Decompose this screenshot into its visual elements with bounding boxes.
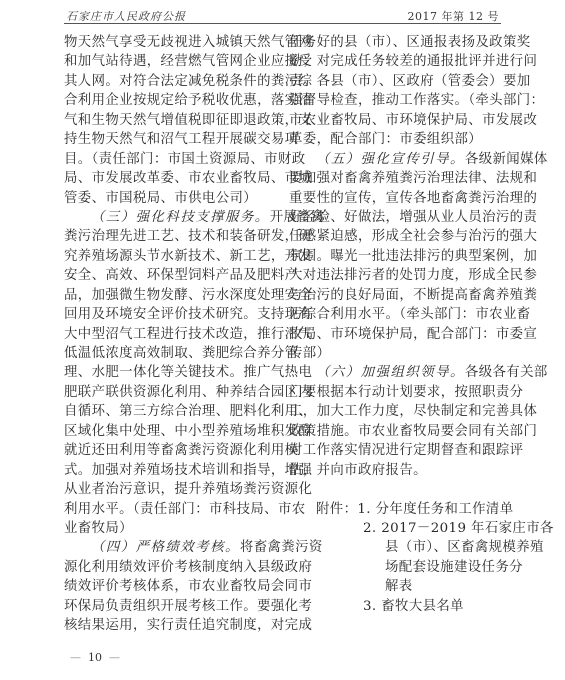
- section-3-heading: （三）强化科技支撑服务。: [91, 210, 270, 225]
- text-line: 环保局负责组织开展考核工作。要强化考: [64, 597, 274, 616]
- text-line: 要加强对畜禽养殖粪污治理法律、法规和: [289, 169, 503, 188]
- left-column: 物天然气享受无歧视进入城镇天然气管网 和加气站待遇，经营燃气管网企业应接受 其人…: [64, 33, 274, 636]
- text-line: 其人网。对符合法定减免税条件的粪污综: [64, 72, 274, 91]
- text-line: 物天然气享受无歧视进入城镇天然气管网: [64, 33, 274, 52]
- page-footer: — 10 —: [70, 651, 120, 664]
- text-line: 自循环、第三方综合治理、肥料化利用、: [64, 402, 274, 421]
- section-4-first-line: （四）严格绩效考核。将畜禽粪污资: [64, 538, 274, 557]
- text-line: 源化利用绩效评价考核制度纳入县级政府: [64, 558, 274, 577]
- page-header: 石家庄市人民政府公报 2017 年第 12 号: [64, 6, 501, 24]
- section-3-first-line: （三）强化科技支撑服务。开展畜禽: [64, 208, 274, 227]
- text-line: 工，加大工作力度，尽快制定和完善具体: [289, 402, 503, 421]
- text-line: 品，加强微生物发酵、污水深度处理安全: [64, 286, 274, 305]
- section-6-first-line: （六）加强组织领导。各级各有关部: [289, 363, 503, 382]
- text-line: 任感紧迫感，形成全社会参与治污的强大: [289, 227, 503, 246]
- attachment-item-2: 2. 2017－2019 年石家庄市各: [289, 519, 503, 538]
- attachments-label: 附件：: [316, 502, 357, 517]
- attachment-item-2-cont: 解表: [289, 577, 503, 596]
- text-line: 传部）: [289, 344, 503, 363]
- text-line: 利用水平。（责任部门：市科技局、市农: [64, 500, 274, 519]
- text-line: 任务好的县（市）、区通报表扬及政策奖: [289, 33, 503, 52]
- issue-number: 2017 年第 12 号: [408, 8, 499, 24]
- right-column: 任务好的县（市）、区通报表扬及政策奖 励；对完成任务较差的通报批评并进行问 责。…: [289, 33, 503, 616]
- attachment-item-1: 附件：1. 分年度任务和工作清单: [289, 500, 503, 519]
- attachment-item-3: 3. 畜牧大县名单: [289, 597, 503, 616]
- publication-title: 石家庄市人民政府公报: [66, 8, 186, 24]
- section-5-heading: （五）强化宣传引导。: [316, 152, 465, 167]
- text-line: 核结果运用，实行责任追究制度，对完成: [64, 616, 274, 635]
- text-line: 重要性的宣传，宣传各地畜禽粪污治理的: [289, 189, 503, 208]
- text-line: 持生物天然气和沼气工程开展碳交易项: [64, 130, 274, 149]
- text-line: 从业者治污意识，提升养殖场粪污资源化: [64, 480, 274, 499]
- text-line: 区域化集中处理、中小型养殖场堆积发酵: [64, 422, 274, 441]
- footer-dash-right: —: [109, 651, 120, 664]
- text-line: 责。各县（市）、区政府（管委会）要加: [289, 72, 503, 91]
- text-line: 和加气站待遇，经营燃气管网企业应接受: [64, 52, 274, 71]
- text-line: 安全、高效、环保型饲料产品及肥料产: [64, 266, 274, 285]
- text-line: 估，并向市政府报告。: [289, 461, 503, 480]
- text-line: 强督导检查，推动工作落实。（牵头部门：: [289, 91, 503, 110]
- section-5-first-line: （五）强化宣传引导。各级新闻媒体: [289, 150, 503, 169]
- text-line: 理、水肥一体化等关键技术。推广气热电: [64, 363, 274, 382]
- text-line: 励；对完成任务较差的通报批评并进行问: [289, 52, 503, 71]
- section-6-heading: （六）加强组织领导。: [316, 365, 465, 380]
- text-line: 与治污的良好局面，不断提高畜禽养殖粪: [289, 286, 503, 305]
- text-line: 回用及环境安全评价技术研究。支持现有: [64, 305, 274, 324]
- text-line: 氛围。曝光一批违法排污的典型案例，加: [289, 247, 503, 266]
- text-line: 牧局、市环境保护局，配合部门：市委宣: [289, 325, 503, 344]
- text-line: 究养殖场源头节水新技术、新工艺，开发: [64, 247, 274, 266]
- text-line: 就近还田利用等畜禽粪污资源化利用模: [64, 441, 274, 460]
- text-line: 污综合利用水平。（牵头部门：市农业畜: [289, 305, 503, 324]
- text-line: 粪污治理先进工艺、技术和装备研发，研: [64, 227, 274, 246]
- text-line: 门要根据本行动计划要求，按照职责分: [289, 383, 503, 402]
- text-line: 好经验、好做法，增强从业人员治污的责: [289, 208, 503, 227]
- spacer: [289, 480, 503, 499]
- attachment-item-2-cont: 场配套设施建设任务分: [289, 558, 503, 577]
- text-line: 合利用企业按规定给予税收优惠，落实沼: [64, 91, 274, 110]
- text-line: 气和生物天然气增值税即征即退政策，支: [64, 111, 274, 130]
- text-line: 低温低浓度高效制取、粪肥综合养分管: [64, 344, 274, 363]
- text-line: 大对违法排污者的处罚力度，形成全民参: [289, 266, 503, 285]
- text-line: 目。（责任部门：市国土资源局、市财政: [64, 150, 274, 169]
- text-line: 绩效评价考核体系，市农业畜牧局会同市: [64, 577, 274, 596]
- attachments-list: 附件：1. 分年度任务和工作清单 2. 2017－2019 年石家庄市各 县（市…: [289, 500, 503, 617]
- text-line: 革委，配合部门：市委组织部）: [289, 130, 503, 149]
- attachment-item-2-cont: 县（市）、区畜禽规模养殖: [289, 538, 503, 557]
- text-line: 政策措施。市农业畜牧局要会同有关部门: [289, 422, 503, 441]
- text-line: 管委、市国税局、市供电公司）: [64, 189, 274, 208]
- text-line: 肥联产联供资源化利用、种养结合园区内: [64, 383, 274, 402]
- text-line: 大中型沼气工程进行技术改造，推行沼气: [64, 325, 274, 344]
- text-line: 局、市发展改革委、市农业畜牧局、市城: [64, 169, 274, 188]
- footer-dash-left: —: [70, 651, 81, 664]
- text-line: 市农业畜牧局、市环境保护局、市发展改: [289, 111, 503, 130]
- text-line: 业畜牧局）: [64, 519, 274, 538]
- text-line: 式。加强对养殖场技术培训和指导，增强: [64, 461, 274, 480]
- page-number: 10: [88, 651, 102, 664]
- text-line: 对工作落实情况进行定期督查和跟踪评: [289, 441, 503, 460]
- section-4-heading: （四）严格绩效考核。: [91, 540, 240, 555]
